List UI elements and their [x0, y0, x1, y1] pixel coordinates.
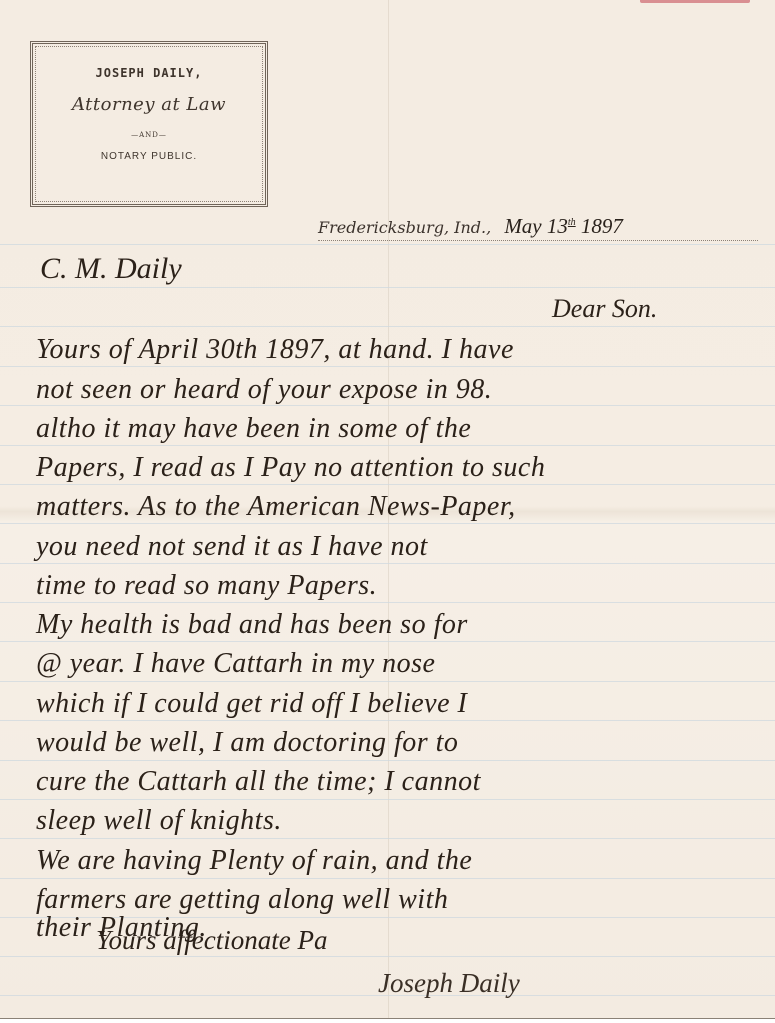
letterhead-subtitle: NOTARY PUBLIC. — [33, 151, 265, 162]
body-line: My health is bad and has been so for — [36, 609, 468, 641]
dateline-date: May 13th 1897 — [504, 214, 623, 238]
ruled-line — [0, 366, 775, 367]
greeting: Dear Son. — [552, 294, 657, 324]
ruled-line — [0, 760, 775, 761]
ruled-line — [0, 602, 775, 603]
body-line: would be well, I am doctoring for to — [36, 727, 458, 759]
body-line: sleep well of knights. — [36, 805, 282, 837]
signature: Joseph Daily — [378, 968, 520, 999]
body-line: which if I could get rid off I believe I — [36, 688, 467, 720]
ruled-line — [0, 445, 775, 446]
ruled-line — [0, 523, 775, 524]
dateline-place: Fredericksburg, Ind., — [318, 218, 491, 237]
page-bottom-edge — [0, 1018, 775, 1023]
letterhead-box: JOSEPH DAILY, Attorney at Law —AND— NOTA… — [30, 41, 268, 207]
body-line: Papers, I read as I Pay no attention to … — [36, 452, 545, 484]
ruled-line — [0, 838, 775, 839]
dateline: Fredericksburg, Ind., May 13th 1897 — [318, 214, 758, 241]
ruled-line — [0, 956, 775, 957]
closing: Yours affectionate Pa — [96, 925, 328, 956]
body-line: you need not send it as I have not — [36, 531, 428, 563]
ruled-line — [0, 720, 775, 721]
body-line: @ year. I have Cattarh in my nose — [36, 648, 435, 680]
letterhead-name: JOSEPH DAILY, — [33, 66, 265, 80]
body-line: not seen or heard of your expose in 98. — [36, 374, 492, 406]
red-edge-mark — [640, 0, 750, 3]
ruled-line — [0, 563, 775, 564]
ruled-line — [0, 287, 775, 288]
body-line: We are having Plenty of rain, and the — [36, 845, 472, 877]
body-line: altho it may have been in some of the — [36, 413, 471, 445]
ruled-line — [0, 484, 775, 485]
dateline-year: 1897 — [581, 214, 623, 238]
ruled-line — [0, 326, 775, 327]
body-line: time to read so many Papers. — [36, 570, 377, 602]
body-line: cure the Cattarh all the time; I cannot — [36, 766, 481, 798]
dateline-day-suffix: th — [568, 217, 576, 228]
dateline-day: 13 — [547, 214, 568, 238]
dateline-month: May — [504, 214, 541, 238]
ruled-line — [0, 244, 775, 245]
ruled-line — [0, 878, 775, 879]
letter-page: JOSEPH DAILY, Attorney at Law —AND— NOTA… — [0, 0, 775, 1023]
body-line: matters. As to the American News-Paper, — [36, 491, 516, 523]
body-line: Yours of April 30th 1897, at hand. I hav… — [36, 334, 514, 366]
ruled-line — [0, 641, 775, 642]
recipient-name: C. M. Daily — [40, 252, 182, 286]
ruled-line — [0, 681, 775, 682]
ruled-line — [0, 799, 775, 800]
letterhead-title: Attorney at Law — [33, 94, 265, 115]
letterhead-connector: —AND— — [33, 131, 265, 139]
